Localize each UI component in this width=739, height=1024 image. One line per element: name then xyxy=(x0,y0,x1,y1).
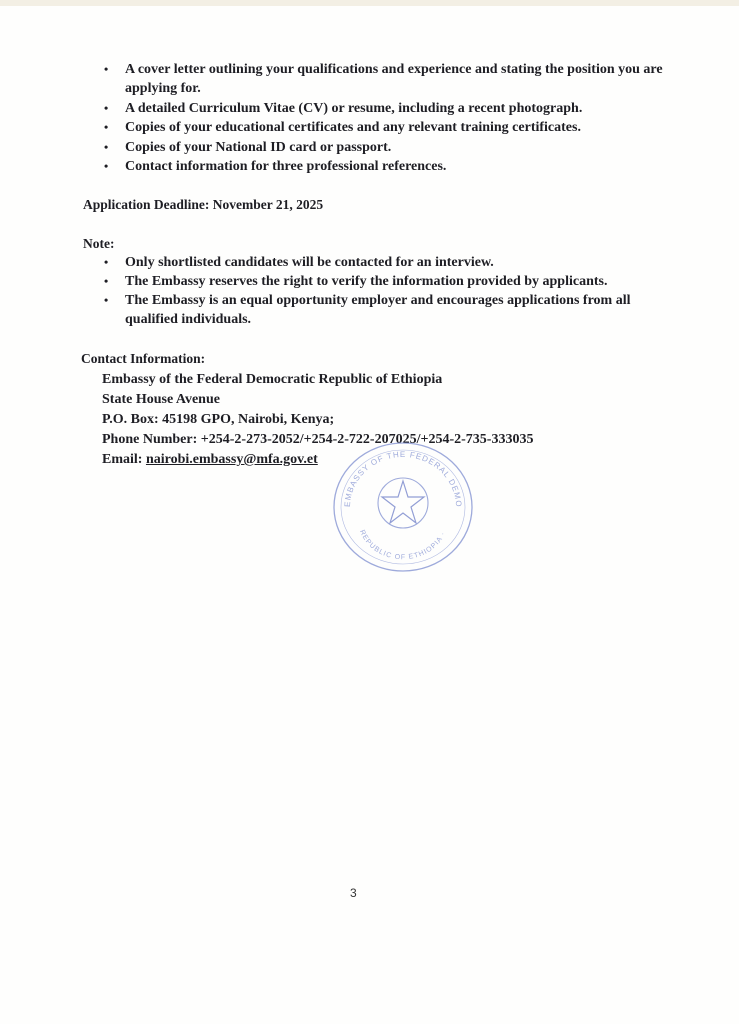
application-deadline: Application Deadline: November 21, 2025 xyxy=(83,195,323,214)
list-item-text: Copies of your educational certificates … xyxy=(125,120,581,135)
page-number: 3 xyxy=(350,886,357,900)
list-item: A detailed Curriculum Vitae (CV) or resu… xyxy=(104,99,664,118)
list-item-text: Contact information for three profession… xyxy=(125,159,446,174)
list-item-text: The Embassy reserves the right to verify… xyxy=(125,274,607,289)
list-item: The Embassy is an equal opportunity empl… xyxy=(104,291,664,329)
email-label: Email: xyxy=(102,452,146,467)
list-item: A cover letter outlining your qualificat… xyxy=(104,60,664,98)
email-link[interactable]: nairobi.embassy@mfa.gov.et xyxy=(146,452,318,467)
list-item: Copies of your educational certificates … xyxy=(104,118,664,137)
list-item-text: Copies of your National ID card or passp… xyxy=(125,140,391,155)
list-item-text: A detailed Curriculum Vitae (CV) or resu… xyxy=(125,101,582,116)
list-item-text: Only shortlisted candidates will be cont… xyxy=(125,255,494,270)
list-item: Only shortlisted candidates will be cont… xyxy=(104,253,664,272)
list-item-text: The Embassy is an equal opportunity empl… xyxy=(125,293,630,327)
contact-heading: Contact Information: xyxy=(81,349,205,368)
note-list: Only shortlisted candidates will be cont… xyxy=(104,253,664,329)
contact-po-box: P.O. Box: 45198 GPO, Nairobi, Kenya; xyxy=(102,410,662,429)
embassy-stamp-icon: EMBASSY OF THE FEDERAL DEMOCRATIC REPUBL… xyxy=(332,441,474,573)
list-item-text: A cover letter outlining your qualificat… xyxy=(125,62,663,96)
list-item: Copies of your National ID card or passp… xyxy=(104,138,664,157)
requirements-list: A cover letter outlining your qualificat… xyxy=(104,60,664,177)
list-item: Contact information for three profession… xyxy=(104,157,664,176)
document-page: A cover letter outlining your qualificat… xyxy=(0,0,739,1024)
note-heading: Note: xyxy=(83,234,114,253)
contact-organization: Embassy of the Federal Democratic Republ… xyxy=(102,370,662,389)
list-item: The Embassy reserves the right to verify… xyxy=(104,272,664,291)
contact-street: State House Avenue xyxy=(102,390,662,409)
